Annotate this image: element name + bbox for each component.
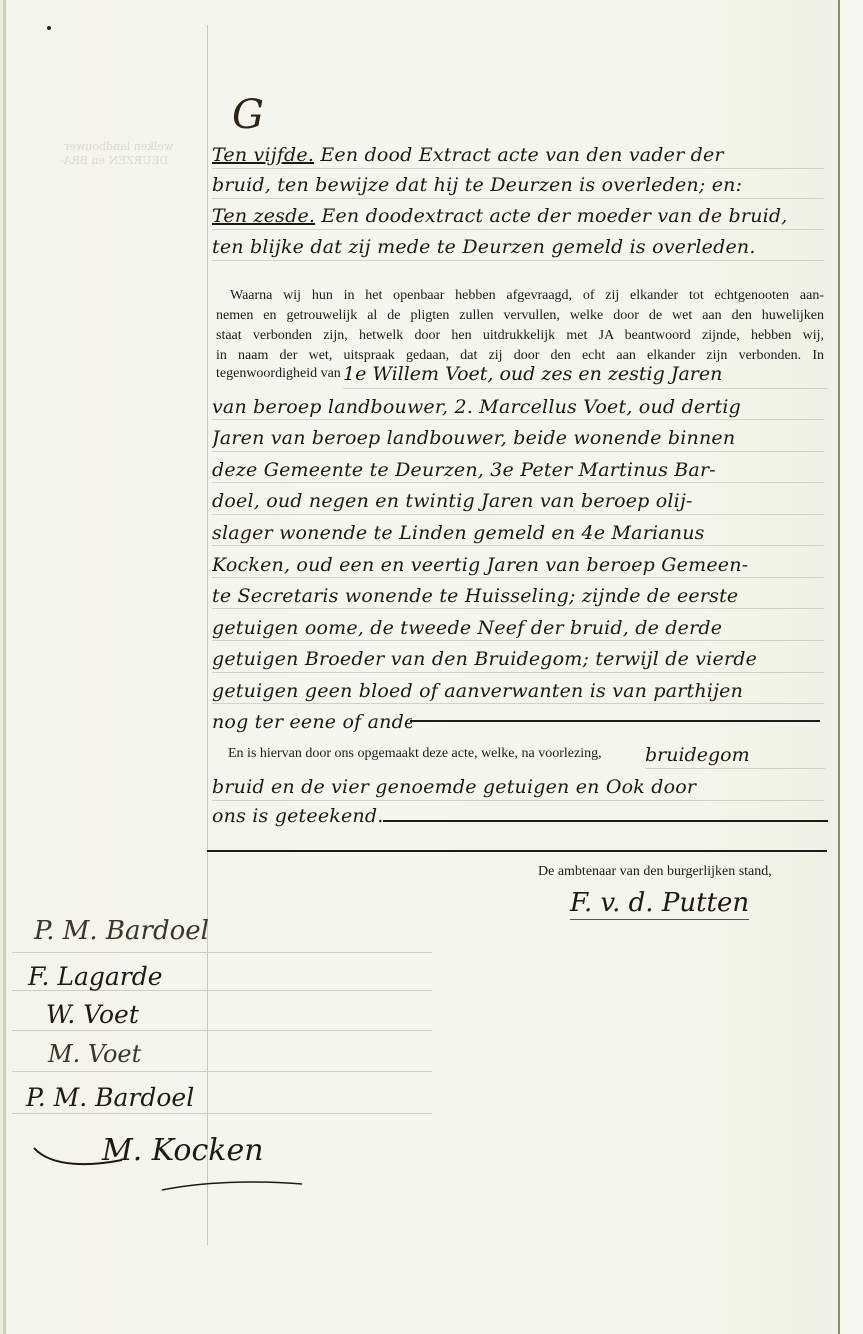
bleed-through-text: welken landbouwer bbox=[64, 140, 173, 153]
printed-line: nemen en getrouwelijk al de pligten zull… bbox=[216, 306, 824, 326]
attachment-line-6: Ten zesde. Een doodextract acte der moed… bbox=[212, 205, 824, 227]
ruling-line bbox=[343, 388, 828, 389]
official-title: De ambtenaar van den burgerlijken stand, bbox=[538, 864, 772, 880]
document-page: welken landbouwer DEURZEN en BRA- G Ten … bbox=[0, 0, 863, 1334]
witness-line: slager wonende te Linden gemeld en 4e Ma… bbox=[212, 522, 824, 544]
ruling-line bbox=[212, 198, 824, 199]
signature: P. M. Bardoel bbox=[26, 1083, 194, 1112]
ruling-line bbox=[212, 168, 824, 169]
witness-1-entry: 1e Willem Voet, oud zes en zestig Jaren bbox=[343, 363, 828, 385]
signature: M. Voet bbox=[48, 1040, 141, 1068]
ruling-line bbox=[212, 672, 824, 673]
ruling-line bbox=[212, 577, 824, 578]
witness-line: van beroep landbouwer, 2. Marcellus Voet… bbox=[212, 396, 824, 418]
witness-line: Kocken, oud een en veertig Jaren van ber… bbox=[212, 554, 824, 576]
ruling-line bbox=[212, 419, 824, 420]
attachment-label: Ten zesde. bbox=[212, 205, 315, 227]
ruling-line bbox=[212, 800, 824, 801]
signature-line bbox=[12, 1113, 432, 1114]
ruling-line bbox=[212, 514, 824, 515]
signature: P. M. Bardoel bbox=[34, 916, 209, 946]
opening-flourish: G bbox=[232, 92, 264, 138]
ruling-line bbox=[212, 260, 824, 261]
ink-dot bbox=[47, 26, 51, 30]
ruling-line bbox=[212, 482, 824, 483]
signature-line bbox=[12, 1071, 432, 1072]
witness-line: deze Gemeente te Deurzen, 3e Peter Marti… bbox=[212, 459, 824, 481]
witness-line: nog ter eene of andere zijde bbox=[212, 711, 412, 733]
printed-line: staat verbonden zijn, hetwelk door hen u… bbox=[216, 326, 824, 346]
signature-line bbox=[12, 952, 432, 953]
bleed-through-text: DEURZEN en BRA- bbox=[60, 154, 168, 167]
attachment-line-5: Ten vijfde. Een dood Extract acte van de… bbox=[212, 144, 824, 166]
signature-flourish-icon bbox=[32, 1138, 302, 1198]
ruling-line bbox=[645, 768, 825, 769]
witness-line: getuigen Broeder van den Bruidegom; terw… bbox=[212, 648, 824, 670]
ruling-line bbox=[212, 545, 824, 546]
closing-handwritten: bruidegom bbox=[645, 744, 750, 766]
fill-rule bbox=[383, 820, 828, 822]
attachment-line: bruid, ten bewijze dat hij te Deurzen is… bbox=[212, 174, 824, 196]
ruling-line bbox=[212, 229, 824, 230]
signature: F. Lagarde bbox=[28, 962, 163, 991]
attachment-text: Een doodextract acte der moeder van de b… bbox=[315, 205, 787, 227]
section-rule bbox=[207, 850, 827, 852]
signature: W. Voet bbox=[46, 1000, 139, 1029]
fill-rule bbox=[410, 720, 820, 722]
closing-handwritten: bruid en de vier genoemde getuigen en Oo… bbox=[212, 776, 824, 798]
attachment-line: ten blijke dat zij mede te Deurzen gemel… bbox=[212, 236, 824, 258]
next-page-strip bbox=[840, 0, 863, 1334]
ruling-line bbox=[212, 640, 824, 641]
printed-label-tegenwoordigheid: tegenwoordigheid van bbox=[216, 366, 341, 382]
binding-edge bbox=[3, 0, 6, 1334]
witness-line: te Secretaris wonende te Huisseling; zij… bbox=[212, 585, 824, 607]
witness-line: doel, oud negen en twintig Jaren van ber… bbox=[212, 490, 824, 512]
ruling-line bbox=[212, 703, 824, 704]
attachment-text: Een dood Extract acte van den vader der bbox=[314, 144, 724, 166]
witness-line: getuigen oome, de tweede Neef der bruid,… bbox=[212, 617, 824, 639]
closing-printed-text: En is hiervan door ons opgemaakt deze ac… bbox=[228, 746, 602, 762]
attachment-text: bruid, ten bewijze dat hij te Deurzen is… bbox=[212, 174, 742, 196]
printed-line: Waarna wij hun in het openbaar hebben af… bbox=[216, 286, 824, 306]
ruling-line bbox=[212, 451, 824, 452]
closing-handwritten: ons is geteekend. bbox=[212, 805, 392, 827]
attachment-text: ten blijke dat zij mede te Deurzen gemel… bbox=[212, 236, 756, 258]
witness-line: Jaren van beroep landbouwer, beide wonen… bbox=[212, 427, 824, 449]
attachment-label: Ten vijfde. bbox=[212, 144, 314, 166]
ruling-line bbox=[212, 608, 824, 609]
official-signature: F. v. d. Putten bbox=[570, 888, 749, 920]
margin-rule bbox=[207, 25, 208, 1245]
witness-line: getuigen geen bloed of aanverwanten is v… bbox=[212, 680, 824, 702]
signature-line bbox=[12, 1030, 432, 1031]
